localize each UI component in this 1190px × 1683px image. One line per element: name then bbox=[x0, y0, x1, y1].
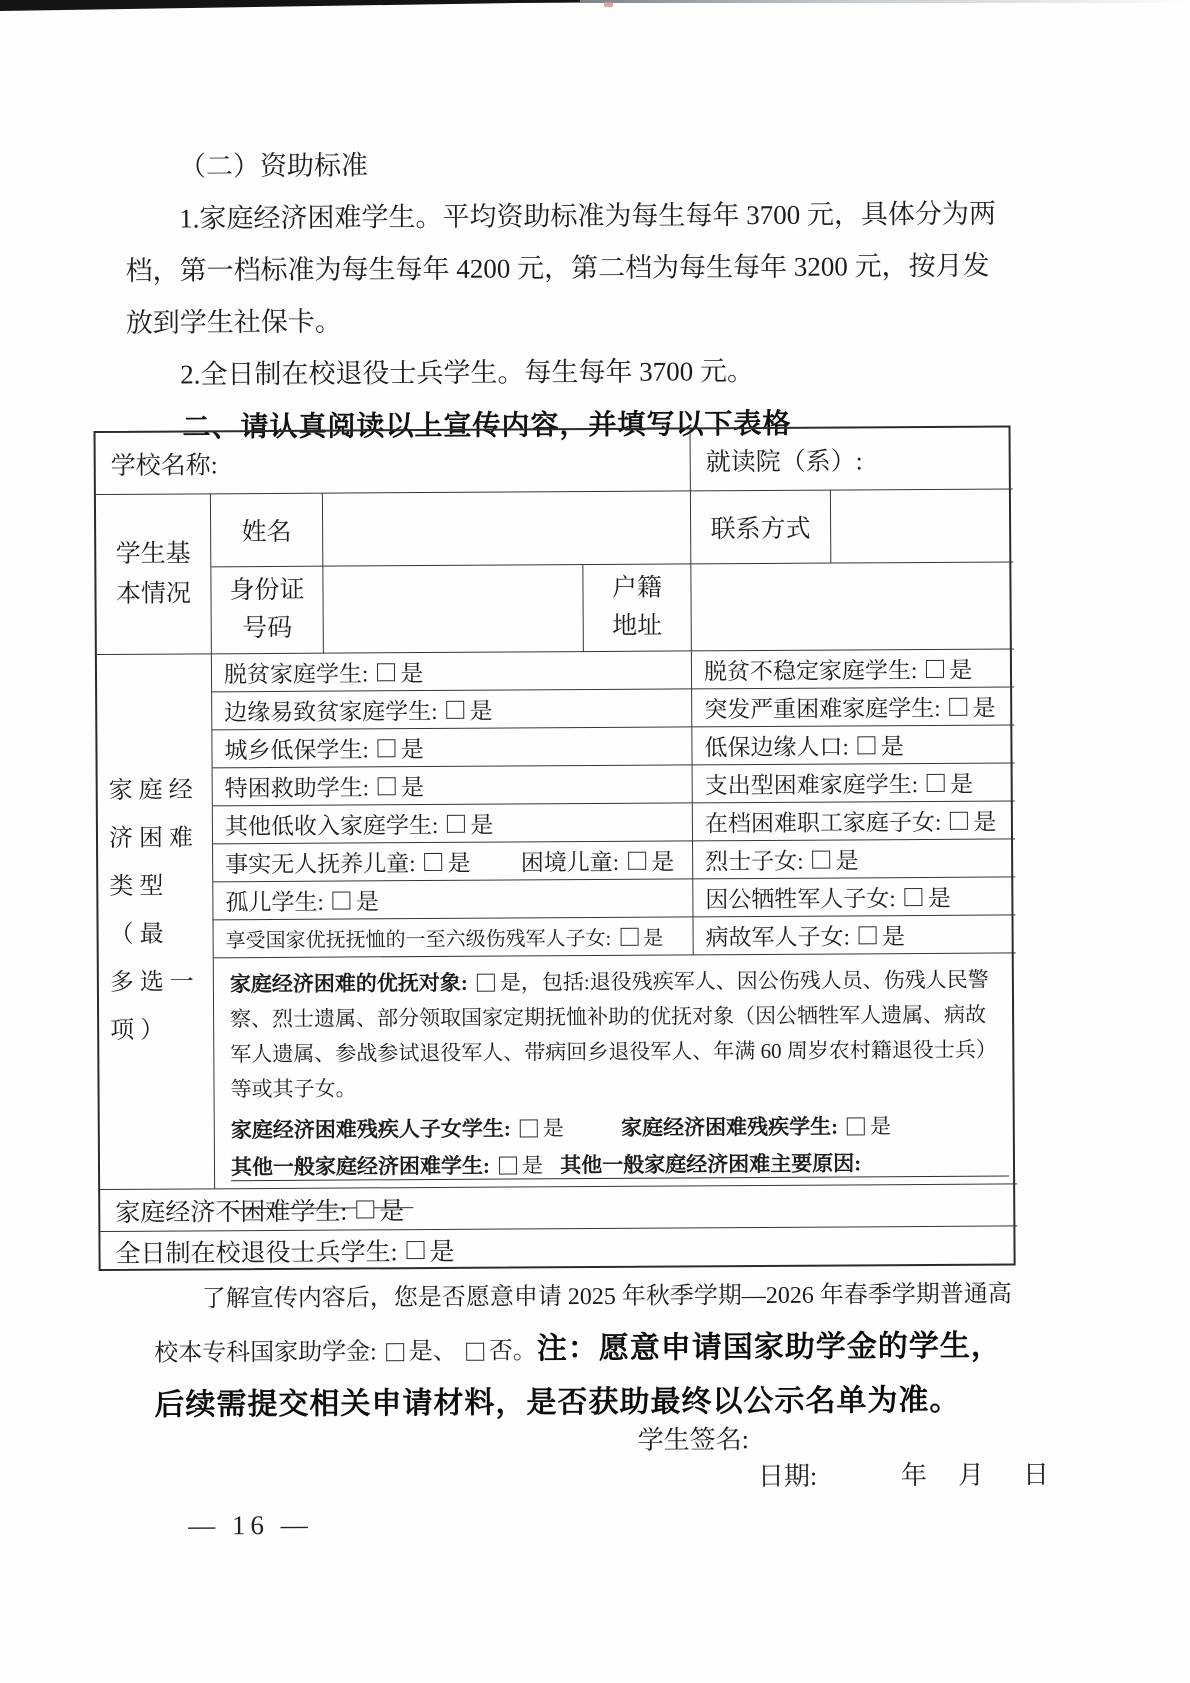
department-cell[interactable]: 就读院（系）: bbox=[691, 427, 1013, 491]
subsection-title: （二）资助标准 bbox=[125, 135, 1009, 192]
option-row-binggu: 病故军人子女:是 bbox=[693, 915, 1015, 955]
application-form-table: 学校名称: 就读院（系）: 学生基 本情况 姓名 联系方式 身份证 号码 bbox=[94, 425, 1016, 1271]
option-row-tuopin-unstable: 脱贫不稳定家庭学生:是 bbox=[692, 649, 1014, 689]
checkbox-bianyuan[interactable] bbox=[447, 700, 465, 718]
checkbox-consent-no[interactable] bbox=[466, 1343, 484, 1361]
consent-yes-label: 是、 bbox=[409, 1339, 457, 1365]
veteran-label: 全日制在校退役士兵学生: bbox=[100, 1232, 397, 1270]
checkbox-shangcan[interactable] bbox=[620, 927, 638, 945]
residence-label-cell: 户籍 地址 bbox=[583, 564, 692, 652]
checkbox-tuopin-unstable[interactable] bbox=[926, 659, 944, 677]
checkbox-zaidang[interactable] bbox=[950, 811, 968, 829]
checkbox-fuyang[interactable] bbox=[424, 852, 442, 870]
option-row-bianyuan: 边缘易致贫家庭学生:是 bbox=[212, 689, 692, 730]
aid-standard-item-1: 1.家庭经济困难学生。平均资助标准为每生每年 3700 元，具体分为两档，第一档… bbox=[125, 187, 1010, 348]
signature-label: 学生签名: bbox=[638, 1419, 749, 1457]
other-difficulty-label: 其他一般家庭经济困难学生: bbox=[231, 1154, 490, 1180]
date-label: 日期: bbox=[758, 1456, 817, 1493]
checkbox-guer[interactable] bbox=[333, 891, 351, 909]
not-difficult-label: 家庭经济不困难学生: bbox=[100, 1191, 347, 1229]
youfu-detail-cell: 家庭经济困难的优抚对象:是，包括:退役残疾军人、因公伤残人员、伤残人民警察、烈士… bbox=[214, 953, 1017, 1189]
month-label: 月 bbox=[958, 1455, 984, 1492]
consent-paragraph: 了解宣传内容后，您是否愿意申请 2025 年秋季学期—2026 年春季学期普通高… bbox=[154, 1269, 1019, 1433]
checkbox-tekun[interactable] bbox=[378, 777, 396, 795]
option-row-tuopin: 脱贫家庭学生:是 bbox=[212, 651, 692, 692]
checkbox-kunjing[interactable] bbox=[628, 851, 646, 869]
document-page: （二）资助标准 1.家庭经济困难学生。平均资助标准为每生每年 3700 元，具体… bbox=[0, 0, 1190, 1683]
checkbox-not-difficult[interactable] bbox=[356, 1200, 374, 1218]
difficulty-type-header: 家庭经 济困难 类型（最 多选一 项） bbox=[97, 654, 215, 1190]
option-row-tufa: 突发严重困难家庭学生:是 bbox=[692, 687, 1014, 727]
id-number-label-cell: 身份证 号码 bbox=[211, 567, 324, 655]
contact-label-cell: 联系方式 bbox=[691, 491, 831, 565]
checkbox-dishouru[interactable] bbox=[447, 814, 465, 832]
id-number-input-cell[interactable] bbox=[323, 565, 584, 654]
option-row-guer: 孤儿学生:是 bbox=[213, 879, 693, 920]
checkbox-dibao-edge[interactable] bbox=[858, 736, 876, 754]
checkbox-youfu[interactable] bbox=[477, 974, 495, 992]
checkbox-consent-yes[interactable] bbox=[386, 1343, 404, 1361]
school-name-label: 学校名称: bbox=[96, 445, 218, 482]
school-name-cell[interactable]: 学校名称: bbox=[96, 429, 691, 495]
veteran-row: 全日制在校退役士兵学生:是 bbox=[100, 1226, 1017, 1271]
checkbox-veteran[interactable] bbox=[406, 1241, 424, 1259]
contact-input-cell[interactable] bbox=[831, 489, 1013, 563]
option-row-dishouru: 其他低收入家庭学生:是 bbox=[213, 803, 693, 844]
checkbox-disabled-student[interactable] bbox=[847, 1117, 865, 1135]
student-info-header: 学生基 本情况 bbox=[96, 494, 212, 655]
checkbox-tufa[interactable] bbox=[950, 697, 968, 715]
checkbox-zhichu[interactable] bbox=[927, 773, 945, 791]
option-row-tekun: 特困救助学生:是 bbox=[213, 765, 693, 806]
year-label: 年 bbox=[901, 1455, 927, 1492]
department-label: 就读院（系）: bbox=[691, 441, 863, 478]
option-kunjing-label: 困境儿童: bbox=[521, 844, 620, 878]
option-row-lieshi: 烈士子女:是 bbox=[693, 839, 1015, 879]
page-number: — 16 — bbox=[188, 1510, 313, 1542]
other-reason-label: 其他一般家庭经济困难主要原因: bbox=[560, 1151, 861, 1177]
option-row-shangcan: 享受国家优抚抚恤的一至六级伤残军人子女:是 bbox=[214, 917, 694, 958]
option-row-dibao-edge: 低保边缘人口:是 bbox=[692, 725, 1014, 765]
checkbox-dibao[interactable] bbox=[378, 739, 396, 757]
day-label: 日 bbox=[1023, 1454, 1049, 1491]
checkbox-lieshi[interactable] bbox=[812, 850, 830, 868]
option-row-zhichu: 支出型困难家庭学生:是 bbox=[693, 763, 1015, 803]
consent-no-label: 否。 bbox=[489, 1338, 537, 1364]
disabled-student-label: 家庭经济困难残疾学生: bbox=[621, 1115, 838, 1140]
checkbox-yingong[interactable] bbox=[905, 888, 923, 906]
checkbox-tuopin[interactable] bbox=[377, 663, 395, 681]
name-input-cell[interactable] bbox=[323, 491, 691, 566]
checkbox-disabled-child[interactable] bbox=[520, 1119, 538, 1137]
residence-input-cell[interactable] bbox=[691, 562, 1014, 651]
option-row-zaidang: 在档困难职工家庭子女:是 bbox=[693, 801, 1015, 841]
option-row-yingong: 因公牺牲军人子女:是 bbox=[693, 877, 1015, 917]
disabled-options-line: 家庭经济困难残疾人子女学生:是 家庭经济困难残疾学生:是 bbox=[231, 1109, 1005, 1149]
aid-standard-item-2: 2.全日制在校退役士兵学生。每生每年 3700 元。 bbox=[126, 343, 1010, 400]
checkbox-binggu[interactable] bbox=[859, 926, 877, 944]
disabled-child-label: 家庭经济困难残疾人子女学生: bbox=[231, 1117, 511, 1143]
not-difficult-row: 家庭经济不困难学生:是 bbox=[100, 1184, 1017, 1232]
option-row-dibao: 城乡低保学生:是 bbox=[212, 727, 692, 768]
youfu-label: 家庭经济困难的优抚对象: bbox=[230, 971, 468, 996]
name-label-cell: 姓名 bbox=[211, 494, 323, 568]
checkbox-other-difficulty[interactable] bbox=[499, 1156, 517, 1174]
youfu-paragraph: 家庭经济困难的优抚对象:是，包括:退役残疾军人、因公伤残人员、伤残人民警察、烈士… bbox=[230, 963, 1005, 1108]
option-row-fuyang: 事实无人抚养儿童:是 困境儿童:是 bbox=[213, 841, 693, 882]
intro-section: （二）资助标准 1.家庭经济困难学生。平均资助标准为每生每年 3700 元，具体… bbox=[125, 135, 1011, 454]
